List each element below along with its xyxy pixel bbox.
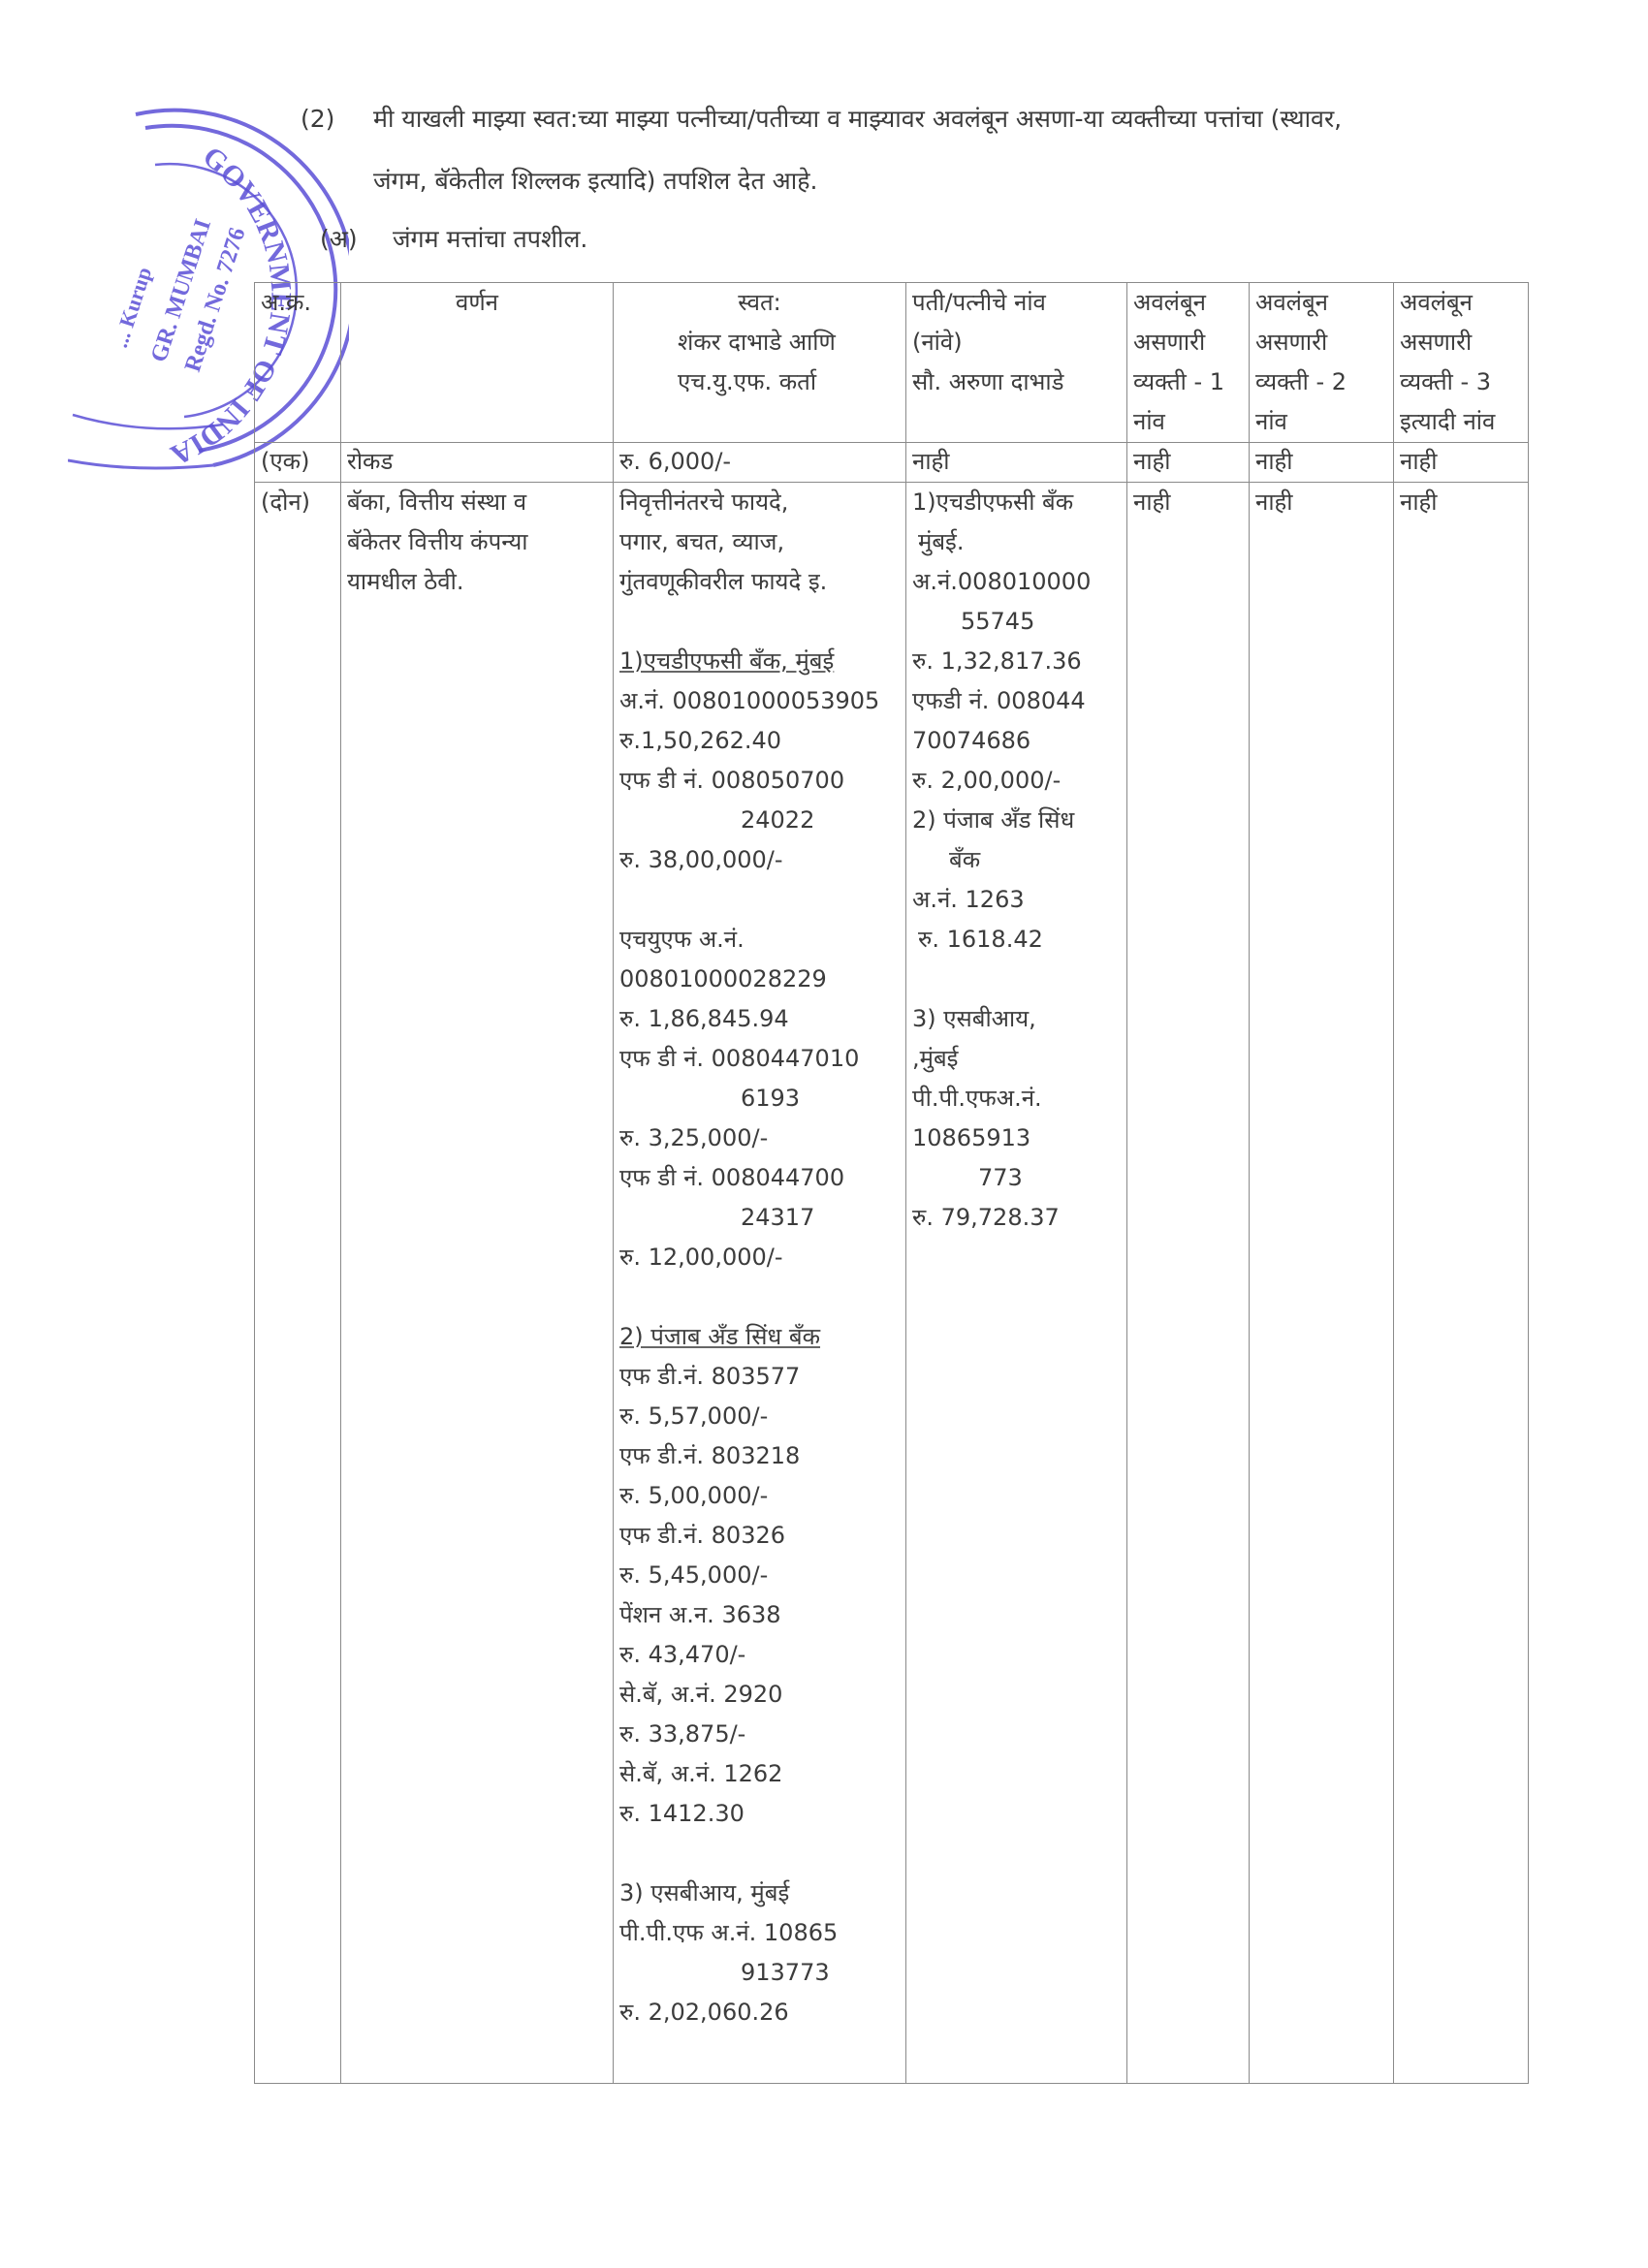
intro-line-1: मी याखली माझ्या स्वत:च्या माझ्या पत्नीच्…	[373, 103, 1342, 136]
header-spouse: पती/पत्नीचे नांव (नांवे) सौ. अरुणा दाभाड…	[906, 283, 1127, 443]
sbi-heading: 3) एसबीआय, मुंबई	[619, 1874, 900, 1913]
section-title: जंगम मत्तांचा तपशील.	[393, 223, 587, 256]
self-cell: रु. 6,000/-	[614, 443, 906, 483]
header-dependent-3: अवलंबून असणारी व्यक्ती - 3 इत्यादी नांव	[1394, 283, 1529, 443]
dependent-2-cell: नाही	[1250, 483, 1394, 2084]
header-dependent-2: अवलंबून असणारी व्यक्ती - 2 नांव	[1250, 283, 1394, 443]
dependent-2-cell: नाही	[1250, 443, 1394, 483]
svg-text:... Kurup: ... Kurup	[108, 264, 156, 350]
dependent-3-cell: नाही	[1394, 483, 1529, 2084]
table-row-cash: (एक) रोकड रु. 6,000/- नाही नाही नाही नाह…	[255, 443, 1529, 483]
serial-cell: (दोन)	[255, 483, 341, 2084]
hdfc-bank-heading: 1)एचडीएफसी बॅंक, मुंबई	[619, 642, 900, 681]
psb-bank-heading: 2) पंजाब अँड सिंध बॅंक	[619, 1317, 900, 1357]
spouse-cell: 1)एचडीएफसी बॅंक मुंबई. अ.नं.008010000 55…	[906, 483, 1127, 2084]
svg-text:Regd. No. 7276: Regd. No. 7276	[180, 225, 251, 375]
header-dependent-1: अवलंबून असणारी व्यक्ती - 1 नांव	[1127, 283, 1250, 443]
dependent-1-cell: नाही	[1127, 443, 1250, 483]
intro-line-2: जंगम, बॅकेतील शिल्लक इत्यादि) तपशिल देत …	[373, 165, 817, 198]
section-number: (अ)	[320, 223, 358, 256]
dependent-3-cell: नाही	[1394, 443, 1529, 483]
header-serial: अ.क्र.	[255, 283, 341, 443]
spouse-cell: नाही	[906, 443, 1127, 483]
table-header-row: अ.क्र. वर्णन स्वत: शंकर दाभाडे आणि एच.यु…	[255, 283, 1529, 443]
intro-number: (2)	[301, 103, 334, 136]
header-description: वर्णन	[341, 283, 614, 443]
self-cell: निवृत्तीनंतरचे फायदे, पगार, बचत, व्याज, …	[614, 483, 906, 2084]
description-cell: रोकड	[341, 443, 614, 483]
svg-text:GR. MUMBAI: GR. MUMBAI	[146, 216, 216, 365]
header-self: स्वत: शंकर दाभाडे आणि एच.यु.एफ. कर्ता	[614, 283, 906, 443]
movable-assets-table: अ.क्र. वर्णन स्वत: शंकर दाभाडे आणि एच.यु…	[254, 282, 1529, 2084]
description-cell: बॅका, वित्तीय संस्था व बॅकेतर वित्तीय कं…	[341, 483, 614, 2084]
table-row-deposits: (दोन) बॅका, वित्तीय संस्था व बॅकेतर वित्…	[255, 483, 1529, 2084]
serial-cell: (एक)	[255, 443, 341, 483]
dependent-1-cell: नाही	[1127, 483, 1250, 2084]
